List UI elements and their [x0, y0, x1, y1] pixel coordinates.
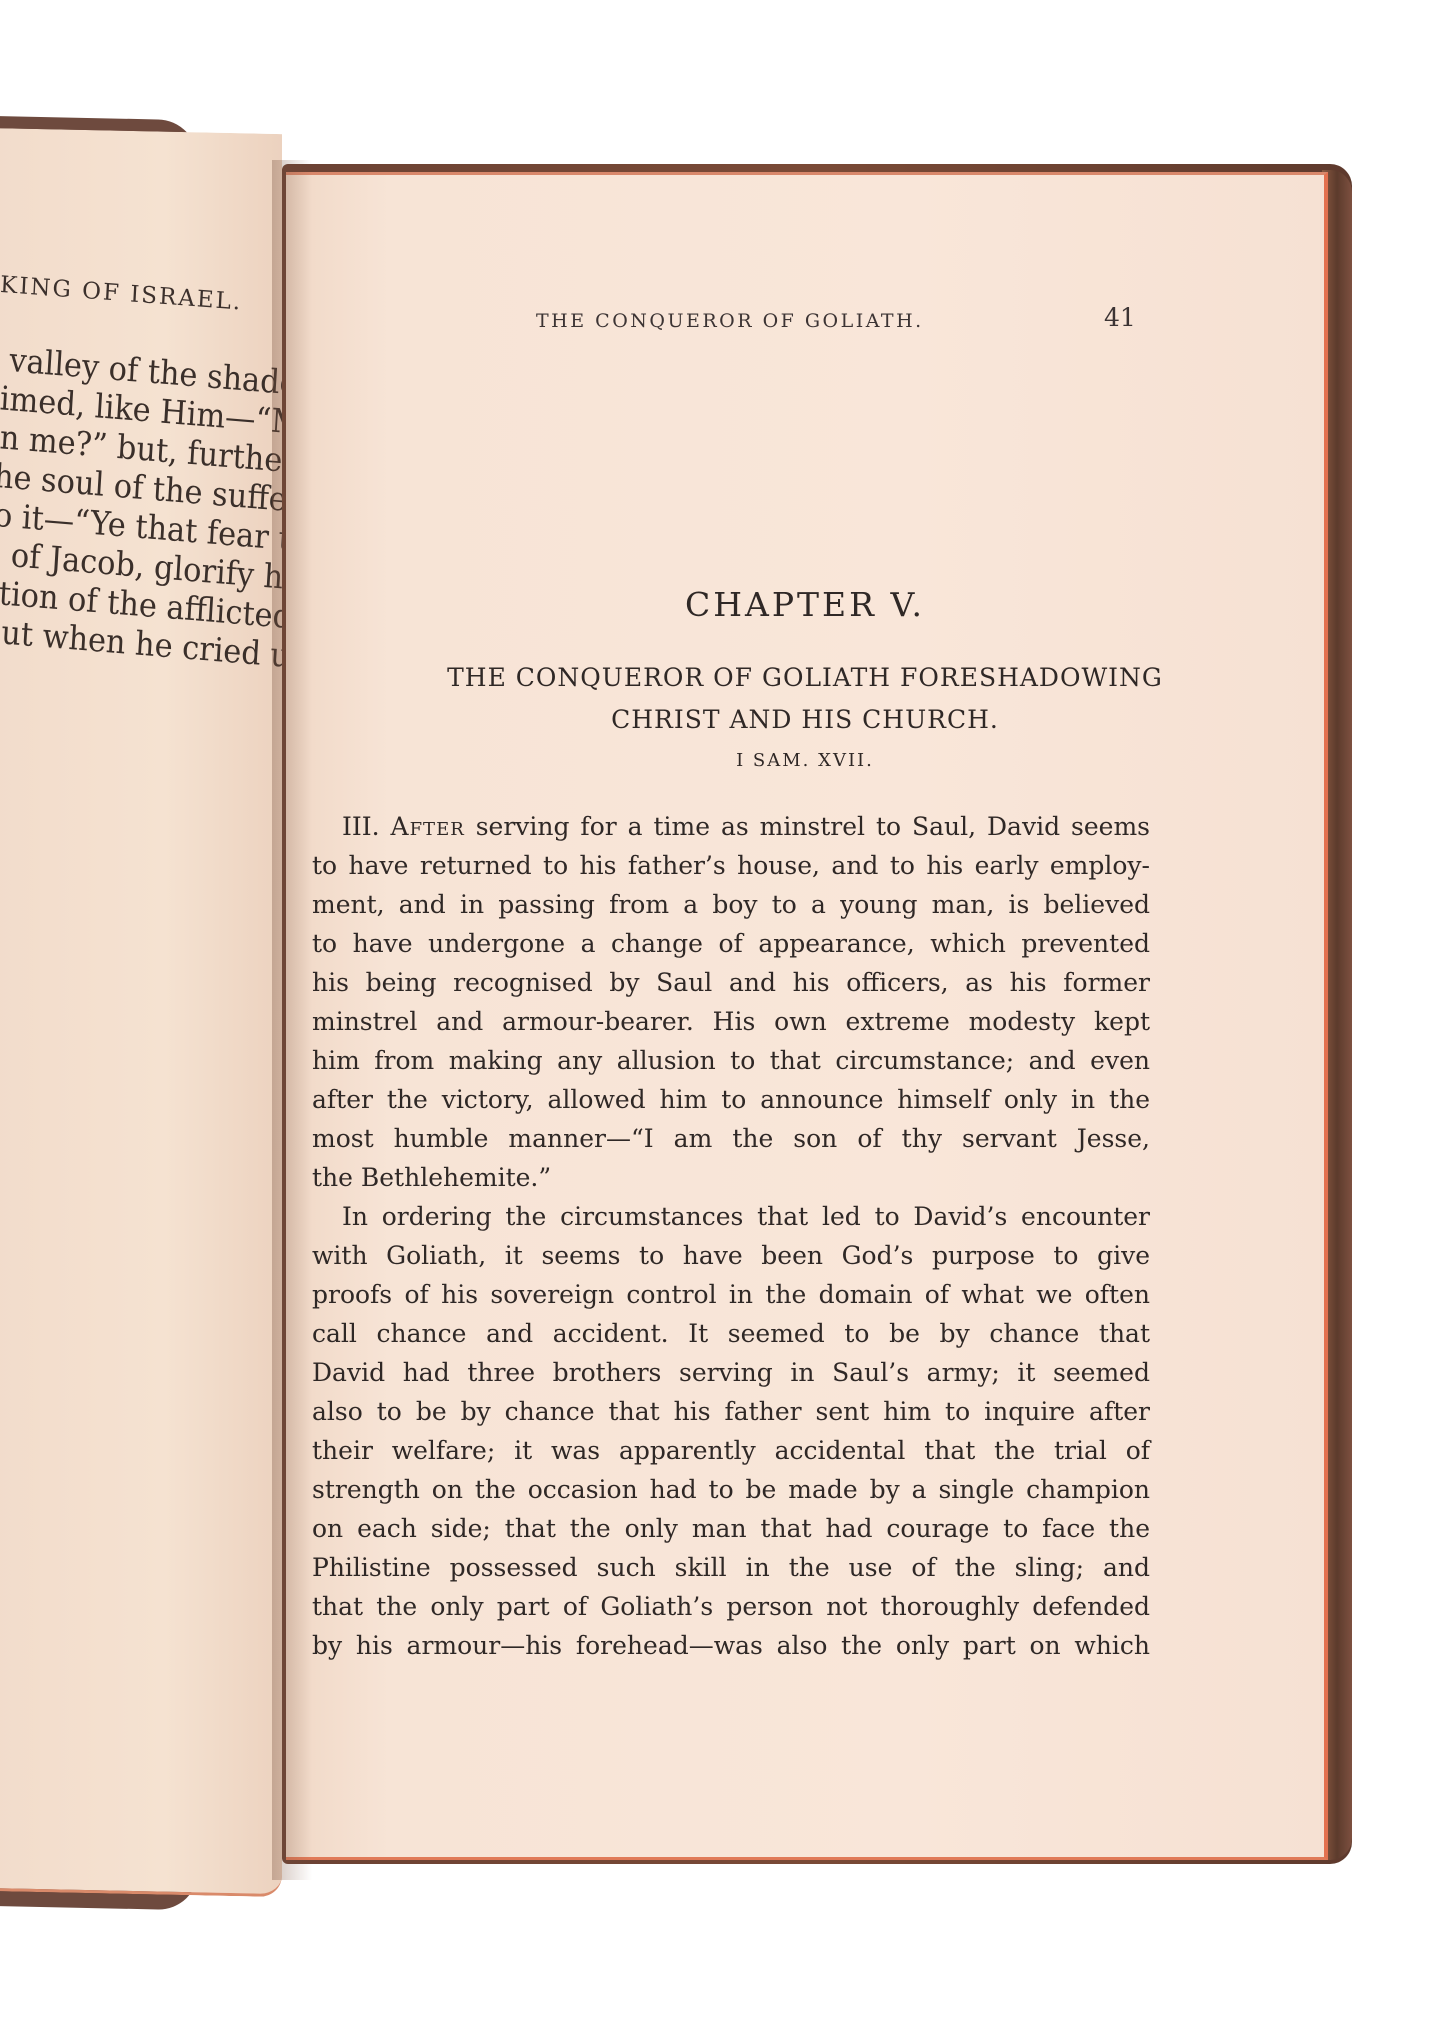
scripture-reference: I SAM. XVII. — [286, 750, 1324, 771]
body-line: with Goliath, it seems to have been God’… — [312, 1236, 1150, 1275]
first-line-text: serving for a time as minstrel to Saul, … — [476, 812, 1150, 841]
body-line: their welfare; it was apparently acciden… — [312, 1431, 1150, 1470]
body-line: David had three brothers serving in Saul… — [312, 1353, 1150, 1392]
body-line: strength on the occasion had to be made … — [312, 1470, 1150, 1509]
body-line: to have returned to his father’s house, … — [312, 846, 1150, 885]
body-line: In ordering the circumstances that led t… — [312, 1197, 1150, 1236]
body-line: minstrel and armour-bearer. His own extr… — [312, 1002, 1150, 1041]
section-number: III. — [342, 812, 380, 841]
body-line: by his armour—his forehead—was also the … — [312, 1626, 1150, 1665]
left-page: KING OF ISRAEL. e valley of the shadow o… — [0, 128, 282, 1897]
body-line: ment, and in passing from a boy to a you… — [312, 885, 1150, 924]
running-head: THE CONQUEROR OF GOLIATH. — [536, 310, 924, 332]
body-line: that the only part of Goliath’s person n… — [312, 1587, 1150, 1626]
body-line: his being recognised by Saul and his off… — [312, 963, 1150, 1002]
lead-word: After — [391, 812, 465, 841]
left-page-text: e valley of the shadow of dea aimed, lik… — [0, 338, 282, 656]
chapter-title: CHAPTER V. — [286, 585, 1324, 624]
chapter-subtitle-line: CHRIST AND HIS CHURCH. — [286, 699, 1324, 741]
gutter-shadow — [272, 160, 312, 1880]
body-line: most humble manner—“I am the son of thy … — [312, 1119, 1150, 1158]
body-line: Philistine possessed such skill in the u… — [312, 1548, 1150, 1587]
body-line: proofs of his sovereign control in the d… — [312, 1275, 1150, 1314]
left-running-head: KING OF ISRAEL. — [0, 272, 243, 316]
body-line: also to be by chance that his father sen… — [312, 1392, 1150, 1431]
body-line: the Bethlehemite.” — [312, 1158, 1150, 1197]
body-line: to have undergone a change of appearance… — [312, 924, 1150, 963]
chapter-subtitle: THE CONQUEROR OF GOLIATH FORESHADOWING C… — [286, 657, 1324, 741]
chapter-subtitle-line: THE CONQUEROR OF GOLIATH FORESHADOWING — [286, 657, 1324, 699]
body-line: on each side; that the only man that had… — [312, 1509, 1150, 1548]
body-line: call chance and accident. It seemed to b… — [312, 1314, 1150, 1353]
right-page: THE CONQUEROR OF GOLIATH. 41 CHAPTER V. … — [286, 172, 1328, 1860]
page-number: 41 — [1104, 303, 1136, 332]
body-line: after the victory, allowed him to announ… — [312, 1080, 1150, 1119]
body-line: him from making any allusion to that cir… — [312, 1041, 1150, 1080]
paragraph-first-line: III. After serving for a time as minstre… — [312, 807, 1150, 846]
body-text: III. After serving for a time as minstre… — [312, 807, 1150, 1665]
